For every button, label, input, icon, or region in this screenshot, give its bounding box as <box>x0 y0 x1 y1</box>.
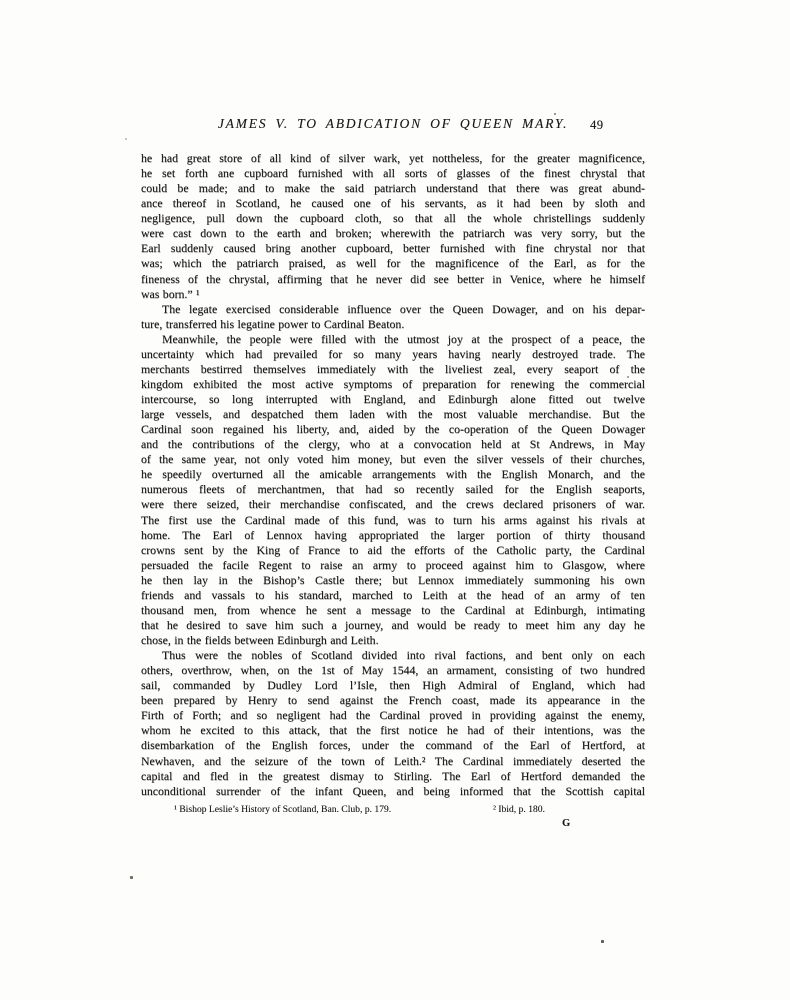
scan-speck <box>601 940 604 943</box>
page-number: 49 <box>590 118 604 133</box>
text-line: Firth of Forth; and so negligent had the… <box>141 708 645 723</box>
text-line: were cast down to the earth and broken; … <box>141 226 645 241</box>
text-line: The legate exercised considerable influe… <box>141 302 645 317</box>
text-line: he set forth ane cupboard furnished with… <box>141 166 645 181</box>
signature-mark: G <box>141 818 645 829</box>
body-text: he had great store of all kind of silver… <box>141 151 645 799</box>
running-header-title: JAMES V. TO ABDICATION OF QUEEN MARY. <box>141 116 645 132</box>
text-line: ance thereof in Scotland, he caused one … <box>141 196 645 211</box>
text-line: been prepared by Henry to send against t… <box>141 693 645 708</box>
text-line: Newhaven, and the seizure of the town of… <box>141 754 645 769</box>
text-line: numerous fleets of merchantmen, that had… <box>141 482 645 497</box>
text-line: were there seized, their merchandise con… <box>141 497 645 512</box>
text-line: sail, commanded by Dudley Lord l’Isle, t… <box>141 678 645 693</box>
text-line: The first use the Cardinal made of this … <box>141 513 645 528</box>
text-line: unconditional surrender of the infant Qu… <box>141 784 645 799</box>
book-page: JAMES V. TO ABDICATION OF QUEEN MARY. 49… <box>0 0 790 1000</box>
text-line: merchants bestirred themselves immediate… <box>141 362 645 377</box>
text-line: Cardinal soon regained his liberty, and,… <box>141 422 645 437</box>
text-line: he then lay in the Bishop’s Castle there… <box>141 573 645 588</box>
text-block: JAMES V. TO ABDICATION OF QUEEN MARY. 49… <box>141 116 645 829</box>
text-line: negligence, pull down the cupboard cloth… <box>141 211 645 226</box>
text-line: disembarkation of the English forces, un… <box>141 738 645 753</box>
text-line: Meanwhile, the people were filled with t… <box>141 332 645 347</box>
text-line: that he desired to save him such a journ… <box>141 618 645 633</box>
page-header: JAMES V. TO ABDICATION OF QUEEN MARY. 49 <box>141 116 645 140</box>
text-line: he speedily overturned all the amicable … <box>141 467 645 482</box>
text-line: thousand men, from whence he sent a mess… <box>141 603 645 618</box>
text-line: was born.” ¹ <box>141 287 645 302</box>
footnote-2: ² Ibid, p. 180. <box>493 804 545 815</box>
text-line: kingdom exhibited the most active sympto… <box>141 377 645 392</box>
footnote-1: ¹ Bishop Leslie’s History of Scotland, B… <box>174 804 391 815</box>
scan-speck <box>130 876 133 879</box>
text-line: was; which the patriarch praised, as wel… <box>141 256 645 271</box>
text-line: uncertainty which had prevailed for so m… <box>141 347 645 362</box>
text-line: chose, in the fields between Edinburgh a… <box>141 633 645 648</box>
text-line: capital and fled in the greatest dismay … <box>141 769 645 784</box>
text-line: home. The Earl of Lennox having appropri… <box>141 528 645 543</box>
text-line: Thus were the nobles of Scotland divided… <box>141 648 645 663</box>
text-line: intercourse, so long interrupted with En… <box>141 392 645 407</box>
text-line: ture, transferred his legatine power to … <box>141 317 645 332</box>
text-line: friends and vassals to his standard, mar… <box>141 588 645 603</box>
text-line: of the same year, not only voted him mon… <box>141 452 645 467</box>
scan-speck <box>554 113 556 115</box>
text-line: others, overthrow, when, on the 1st of M… <box>141 663 645 678</box>
text-line: fineness of the chrystal, affirming that… <box>141 272 645 287</box>
text-line: could be made; and to make the said patr… <box>141 181 645 196</box>
text-line: persuaded the facile Regent to raise an … <box>141 558 645 573</box>
text-line: whom he excited to this attack, that the… <box>141 723 645 738</box>
text-line: large vessels, and despatched them laden… <box>141 407 645 422</box>
text-line: and the contributions of the clergy, who… <box>141 437 645 452</box>
scan-speck <box>125 138 127 140</box>
text-line: Earl suddenly caused bring another cupbo… <box>141 241 645 256</box>
footnote-row: ¹ Bishop Leslie’s History of Scotland, B… <box>141 804 645 817</box>
text-line: he had great store of all kind of silver… <box>141 151 645 166</box>
text-line: crowns sent by the King of France to aid… <box>141 543 645 558</box>
scan-speck <box>627 376 629 378</box>
